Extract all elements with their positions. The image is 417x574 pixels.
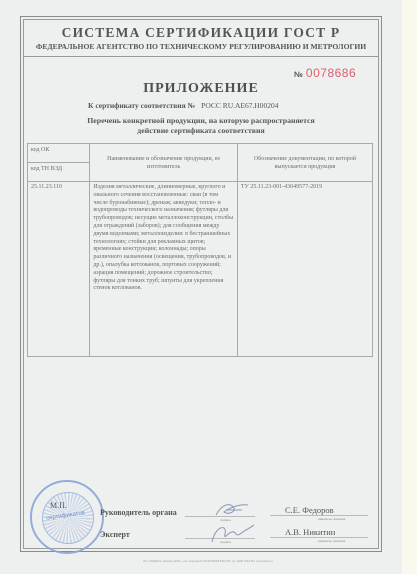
expert-label: Эксперт [100,530,130,539]
head-label: Руководитель органа [100,508,177,517]
expert-name-caption: инициалы, фамилия [318,539,345,543]
expert-name: А.В. Никитин [285,527,335,537]
head-name: С.Е. Федоров [285,505,334,515]
head-name-line [270,515,368,516]
stamp-place-label: М.П. [50,501,67,510]
expert-signature-icon [208,522,258,546]
head-name-caption: инициалы, фамилия [318,517,345,521]
signature-block: М.П. сертификатов Руководитель органа по… [0,0,417,574]
printer-info: АО «ОПЦИОН», Москва, 2018 г., «А» лиценз… [108,560,308,563]
head-signature-icon [212,500,252,520]
expert-name-line [270,537,368,538]
